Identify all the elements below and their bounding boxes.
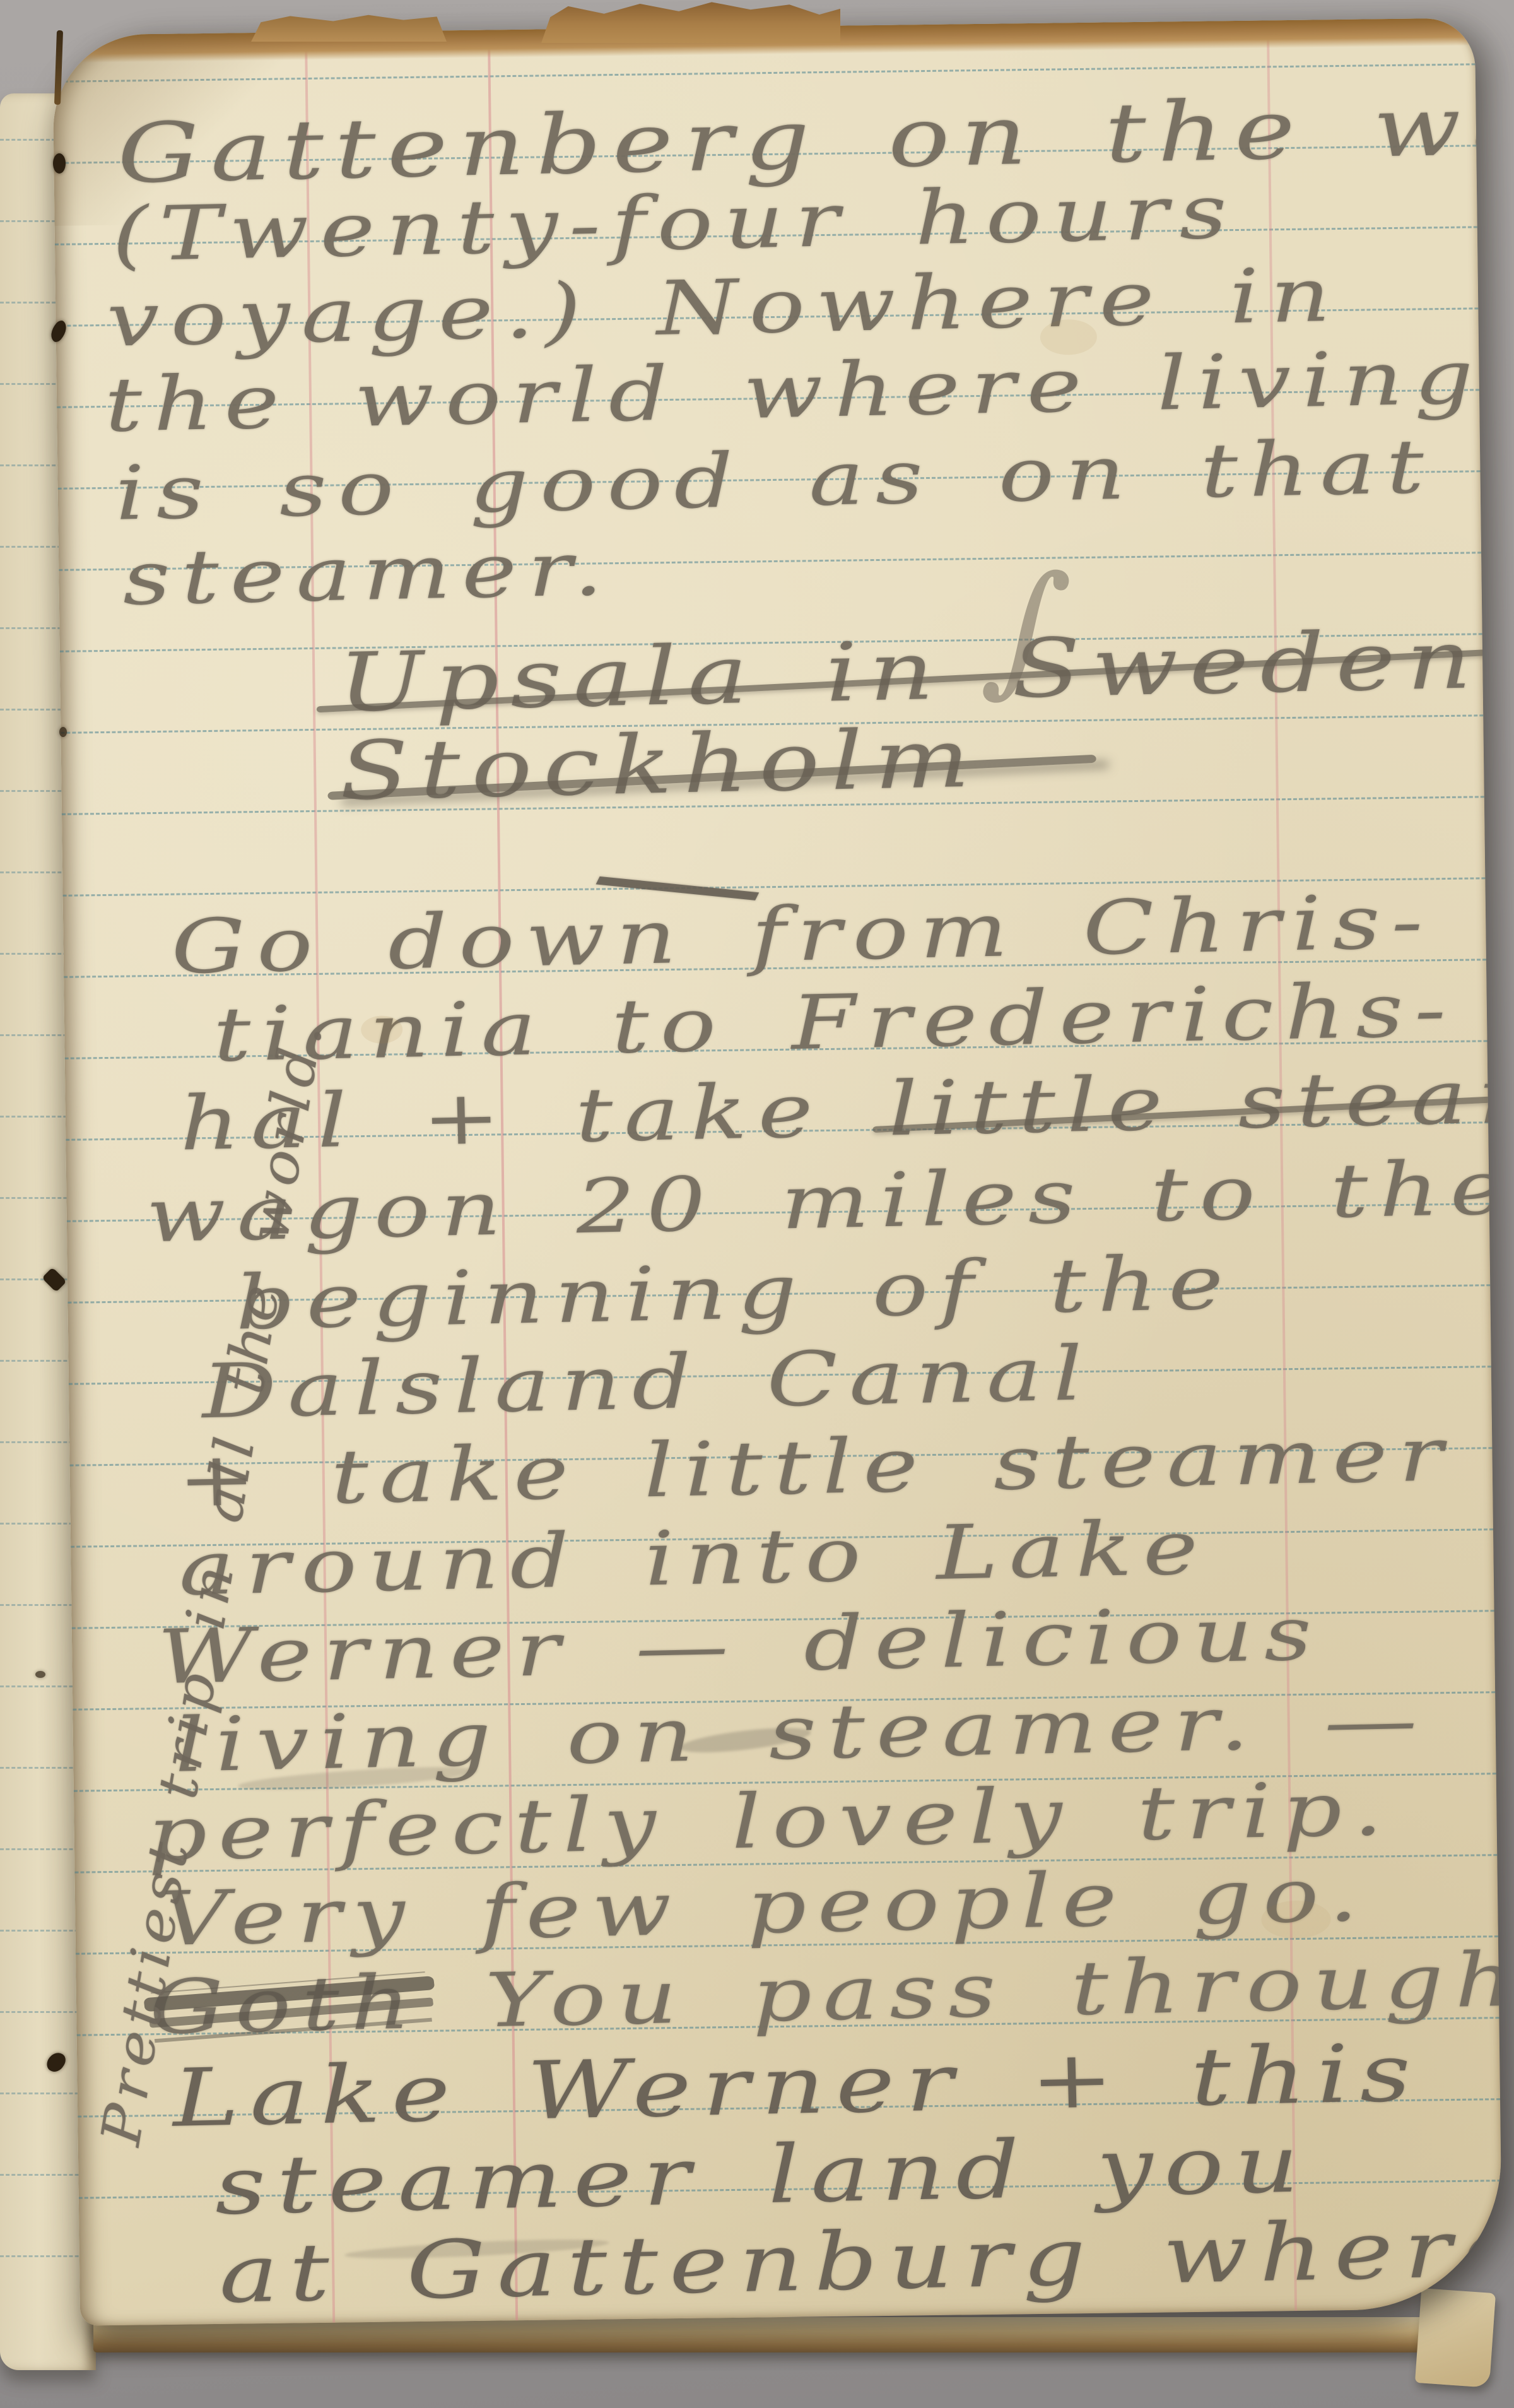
notebook-page: Gattenberg on the way.(Twenty-four hours… <box>52 18 1503 2325</box>
struck-text: Goth <box>148 1958 422 2051</box>
struck-text: little steamer <box>887 1049 1503 1152</box>
handwriting-line: Dalsland Canal <box>201 1330 1094 1435</box>
scanned-notebook-page: Gattenberg on the way.(Twenty-four hours… <box>0 0 1514 2408</box>
stitch-hole <box>35 1671 45 1678</box>
stitch-hole <box>59 727 67 737</box>
text: Dalsland Canal <box>201 1330 1094 1435</box>
text: steamer. <box>122 525 615 622</box>
torn-paper-fragment <box>541 1 840 43</box>
stitch-hole <box>53 153 66 174</box>
handwriting-line: steamer. <box>122 525 615 622</box>
torn-paper-fragment-small <box>251 14 447 42</box>
